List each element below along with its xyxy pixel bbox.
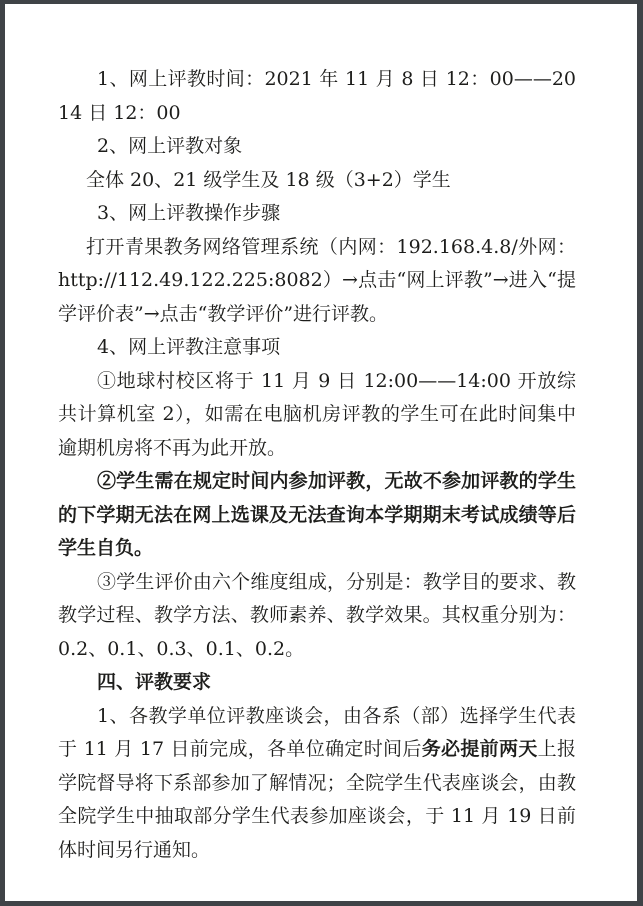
text-line: 四、评教要求 [58,666,576,700]
bold-text-run: 务必提前两天 [422,738,538,760]
text-run: 全院学生中抽取部分学生代表参加座谈会，于 11 月 19 日前举行，具 [58,805,576,834]
text-line: 打开青果教务网络管理系统（内网：192.168.4.8/外网： [58,231,576,265]
bold-text-run: 四、评教要求 [97,671,211,693]
document-body: 1、网上评教时间：2021 年 11 月 8 日 12：00——2021 年 1… [58,63,576,867]
bold-text-run: 的下学期无法在网上选课及无法查询本学期期末考试成绩等后果由 [58,504,576,533]
text-run: 学院督导将下系部参加了解情况；全院学生代表座谈会，由教务处在 [58,772,576,801]
text-run: ③学生评价由六个维度组成，分别是：教学目的要求、教学内容、 [97,571,576,600]
text-run: 3、网上评教操作步骤 [97,202,280,224]
text-line: ②学生需在规定时间内参加评教，无故不参加评教的学生所造成 [58,465,576,499]
text-line: ①地球村校区将于 11 月 9 日 12:00——14:00 开放综合楼 427… [58,365,576,399]
scan-background: 1、网上评教时间：2021 年 11 月 8 日 12：00——2021 年 1… [0,0,643,906]
text-line: 逾期机房将不再为此开放。 [58,432,576,466]
text-run: 14 日 12：00 [58,102,181,124]
text-line: 体时间另行通知。 [58,834,576,868]
text-run: 教学过程、教学方法、教师素养、教学效果。其权重分别为：0.1、 [58,604,576,633]
text-run: ①地球村校区将于 11 月 9 日 12:00——14:00 开放综合楼 427… [97,370,576,399]
text-run: 1、各教学单位评教座谈会，由各系（部）选择学生代表参加， [97,705,576,734]
text-line: 1、网上评教时间：2021 年 11 月 8 日 12：00——2021 年 1… [58,63,576,97]
bold-text-run: 学生自负。 [58,537,153,559]
text-run: 打开青果教务网络管理系统（内网：192.168.4.8/外网： [86,236,576,258]
text-run: http://112.49.122.225:8082）→点击“网上评教”→进入“… [58,269,576,298]
bold-text-run: ②学生需在规定时间内参加评教，无故不参加评教的学生所造成 [97,470,576,499]
text-line: 1、各教学单位评教座谈会，由各系（部）选择学生代表参加， [58,700,576,734]
text-run: 全体 20、21 级学生及 18 级（3+2）学生 [86,169,451,191]
text-line: 学生自负。 [58,532,576,566]
text-line: ③学生评价由六个维度组成，分别是：教学目的要求、教学内容、 [58,566,576,600]
text-run: 1、网上评教时间：2021 年 11 月 8 日 12：00——2021 年 1… [97,68,576,97]
text-line: 3、网上评教操作步骤 [58,197,576,231]
text-line: 共计算机室 2），如需在电脑机房评教的学生可在此时间集中评教， [58,398,576,432]
text-line: 的下学期无法在网上选课及无法查询本学期期末考试成绩等后果由 [58,499,576,533]
text-line: 教学过程、教学方法、教师素养、教学效果。其权重分别为：0.1、 [58,599,576,633]
text-run: 2、网上评教对象 [97,135,242,157]
text-run: 0.2、0.1、0.3、0.1、0.2。 [58,638,304,660]
text-run: 于 11 月 17 日前完成，各单位确定时间后 [58,738,422,760]
text-run: 4、网上评教注意事项 [97,336,280,358]
text-line: http://112.49.122.225:8082）→点击“网上评教”→进入“… [58,264,576,298]
text-line: 全体 20、21 级学生及 18 级（3+2）学生 [58,164,576,198]
text-line: 4、网上评教注意事项 [58,331,576,365]
screenshot-root: { "colors": { "canvas": "#3f4347", "pape… [0,0,643,906]
text-line: 于 11 月 17 日前完成，各单位确定时间后务必提前两天上报教务处， [58,733,576,767]
text-line: 全院学生中抽取部分学生代表参加座谈会，于 11 月 19 日前举行，具 [58,800,576,834]
text-run: 体时间另行通知。 [58,839,210,861]
document-page: 1、网上评教时间：2021 年 11 月 8 日 12：00——2021 年 1… [5,4,637,901]
text-line: 学评价表”→点击“教学评价”进行评教。 [58,298,576,332]
text-line: 0.2、0.1、0.3、0.1、0.2。 [58,633,576,667]
text-run: 学评价表”→点击“教学评价”进行评教。 [58,303,388,325]
text-run: 共计算机室 2），如需在电脑机房评教的学生可在此时间集中评教， [58,403,576,432]
text-line: 14 日 12：00 [58,97,576,131]
text-line: 2、网上评教对象 [58,130,576,164]
text-run: 逾期机房将不再为此开放。 [58,437,286,459]
text-line: 学院督导将下系部参加了解情况；全院学生代表座谈会，由教务处在 [58,767,576,801]
